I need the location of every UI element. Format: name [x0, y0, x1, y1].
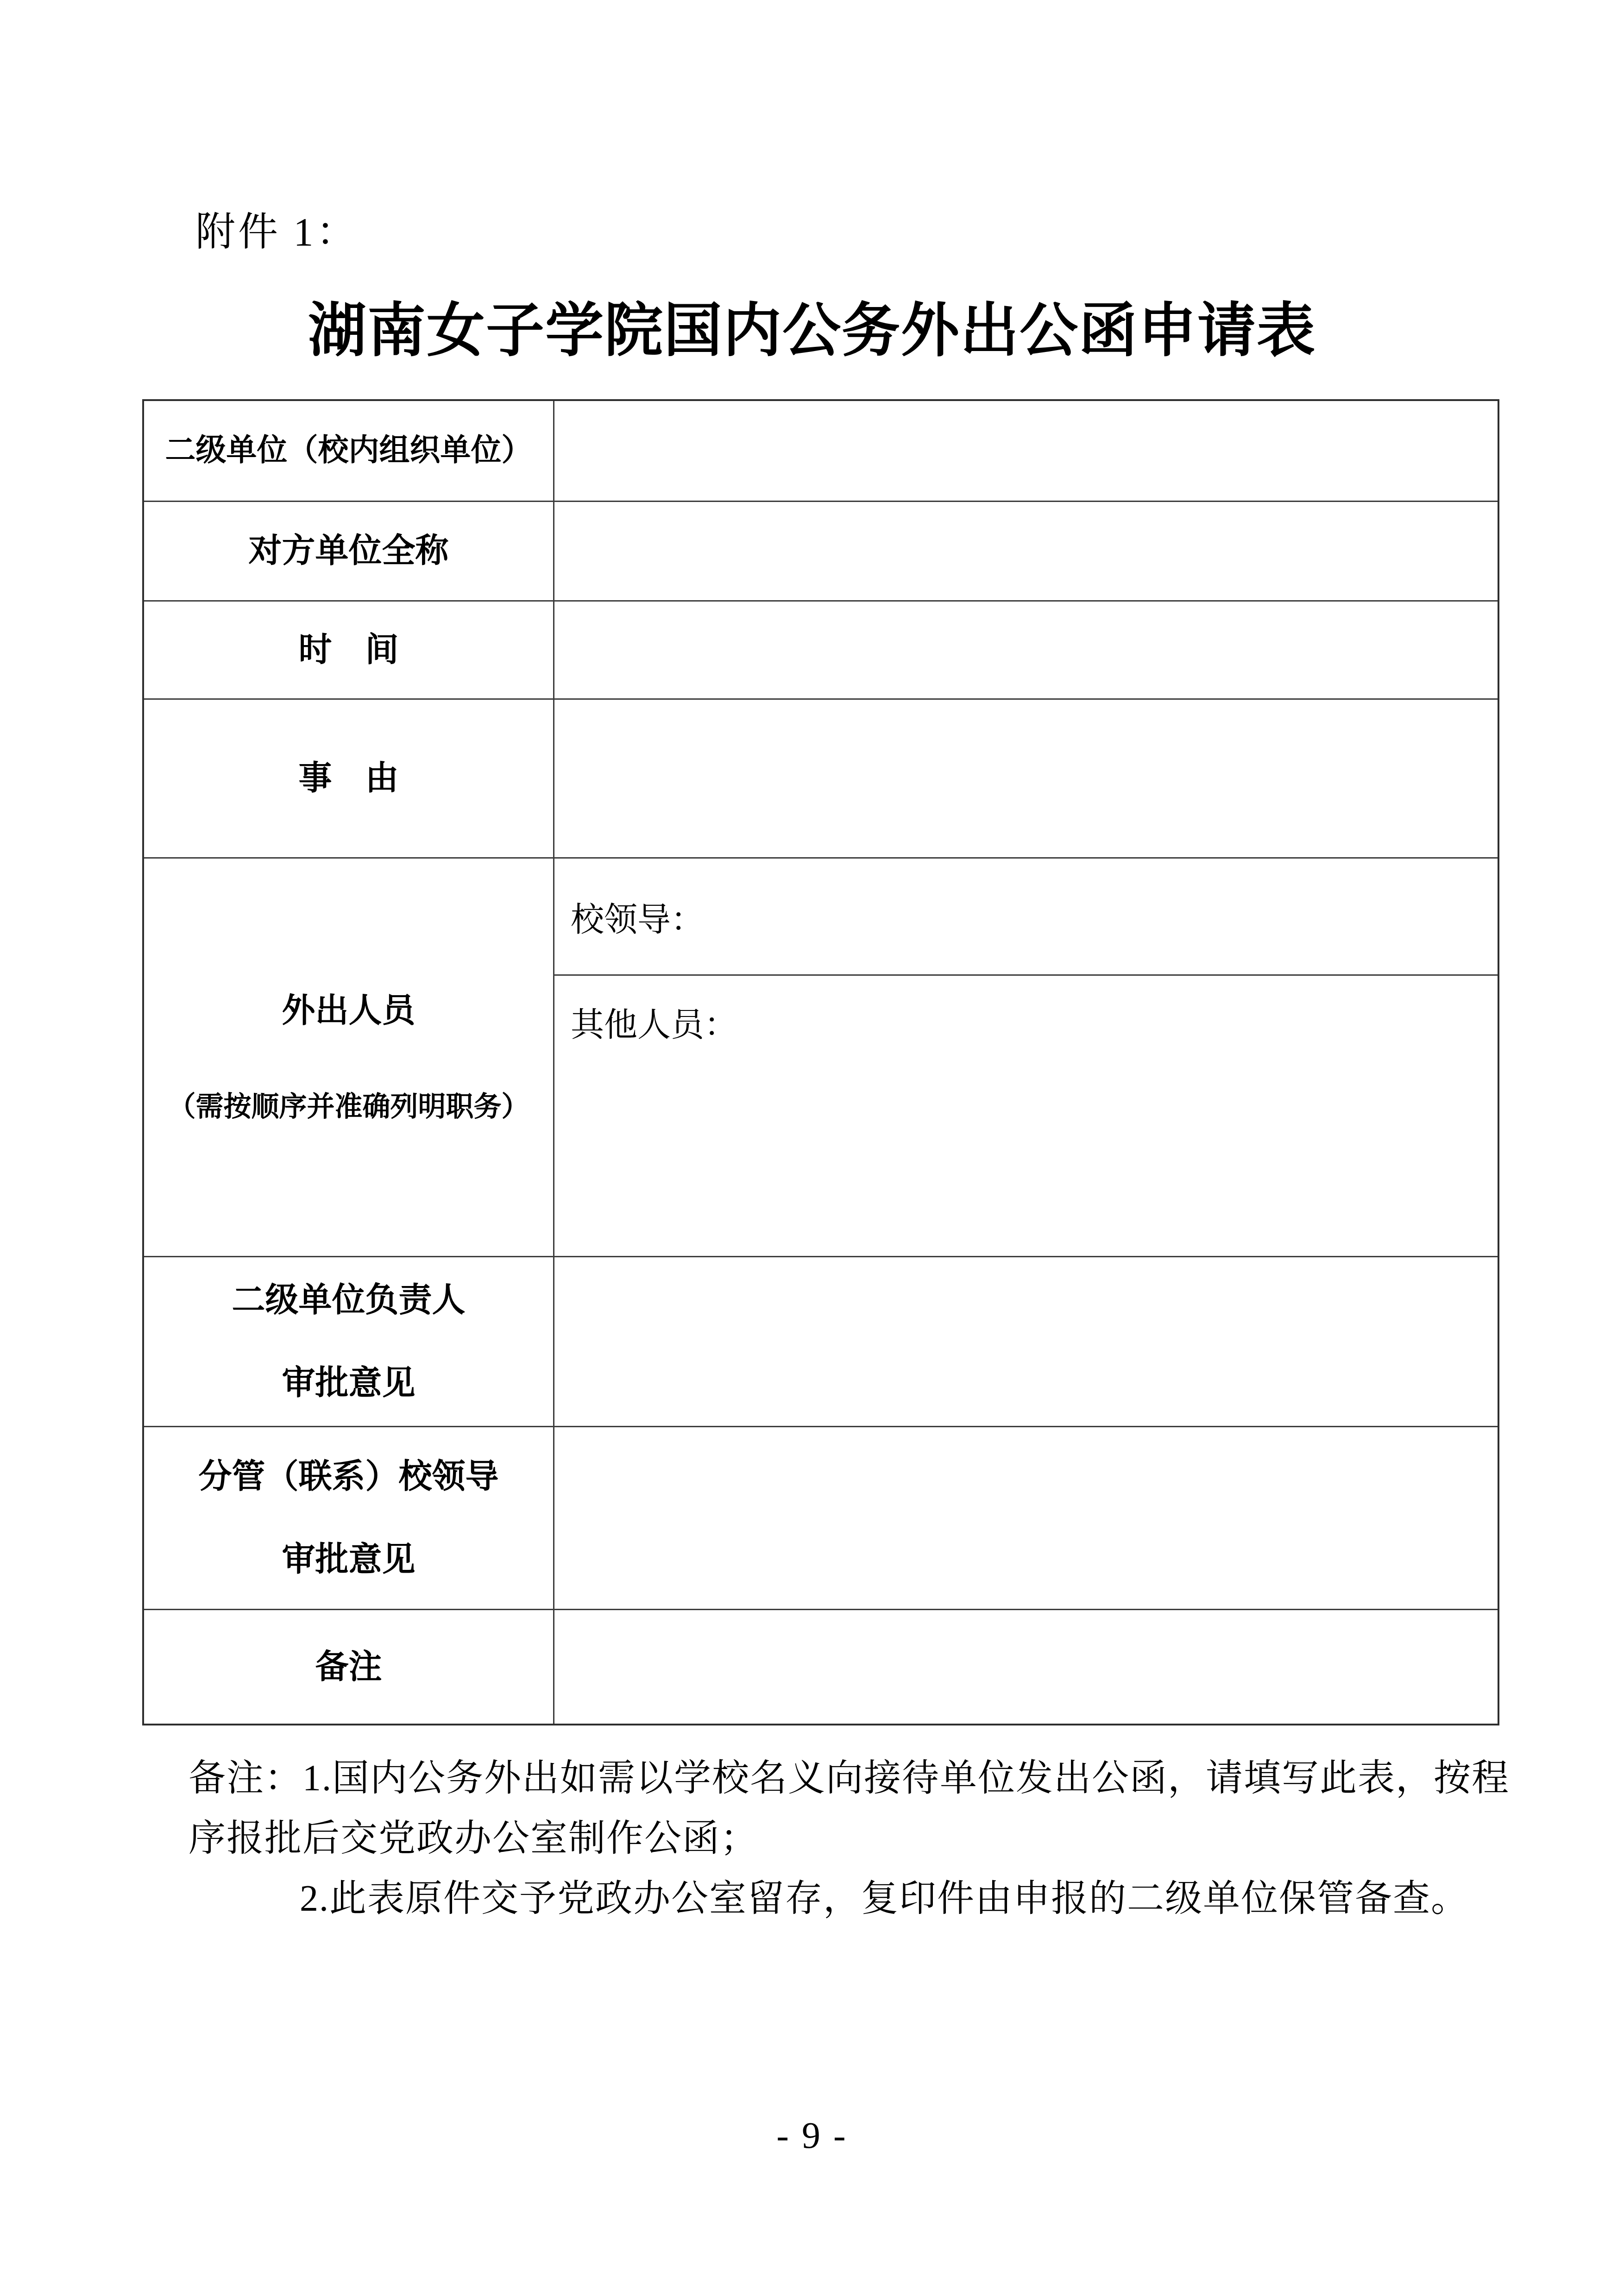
- row-value-remarks: [554, 1610, 1498, 1724]
- table-row-reason: 事 由: [144, 698, 1498, 857]
- row-label-counterpart-unit: 对方单位全称: [144, 502, 554, 600]
- row-value-secondary-unit: [554, 401, 1498, 501]
- row-label-text: 审批意见: [282, 1541, 415, 1578]
- other-personnel-cell: 其他人员：: [554, 976, 1498, 1256]
- row-label-school-leader-approval: 分管（联系）校领导 审批意见: [144, 1427, 554, 1609]
- table-row-unit-head-approval: 二级单位负责人 审批意见: [144, 1256, 1498, 1426]
- row-value-time: [554, 602, 1498, 698]
- row-label-remarks: 备注: [144, 1610, 554, 1724]
- page-number: - 9 -: [0, 2117, 1624, 2154]
- school-leaders-cell: 校领导：: [554, 859, 1498, 976]
- page-title: 湖南女子学院国内公务外出公函申请表: [0, 297, 1624, 364]
- attachment-label: 附件 1：: [195, 212, 359, 252]
- row-label-text: 时 间: [298, 632, 398, 668]
- row-value-school-leader-approval: [554, 1427, 1498, 1609]
- row-label-reason: 事 由: [144, 700, 554, 857]
- row-label-text: 审批意见: [282, 1365, 415, 1401]
- row-label-text: 外出人员: [282, 992, 415, 1029]
- row-label-text: 二级单位负责人: [232, 1282, 465, 1318]
- row-label-text: 事 由: [298, 760, 398, 797]
- table-row-counterpart-unit: 对方单位全称: [144, 501, 1498, 600]
- footnote-line-1: 备注：1.国内公务外出如需以学校名义向接待单位发出公函，请填写此表，按程: [189, 1760, 1510, 1797]
- row-label-text: 二级单位（校内组织单位）: [165, 434, 532, 468]
- table-row-secondary-unit: 二级单位（校内组织单位）: [144, 401, 1498, 501]
- row-value-unit-head-approval: [554, 1257, 1498, 1426]
- table-row-school-leader-approval: 分管（联系）校领导 审批意见: [144, 1426, 1498, 1609]
- row-label-note: （需按顺序并准确列明职务）: [168, 1092, 529, 1122]
- table-row-remarks: 备注: [144, 1609, 1498, 1724]
- application-form-table: 二级单位（校内组织单位） 对方单位全称 时 间 事 由 外出人员 （需按顺序并准…: [142, 399, 1499, 1725]
- row-label-text: 对方单位全称: [248, 533, 448, 569]
- outgoing-personnel-values: 校领导： 其他人员：: [554, 859, 1498, 1256]
- row-label-outgoing-personnel: 外出人员 （需按顺序并准确列明职务）: [144, 859, 554, 1256]
- other-personnel-label: 其他人员：: [571, 1006, 737, 1043]
- table-row-outgoing-personnel: 外出人员 （需按顺序并准确列明职务） 校领导： 其他人员：: [144, 857, 1498, 1256]
- school-leaders-label: 校领导：: [571, 892, 704, 941]
- row-label-time: 时 间: [144, 602, 554, 698]
- footnote-line-2: 序报批后交党政办公室制作公函；: [189, 1820, 758, 1857]
- footnote-line-3: 2.此表原件交予党政办公室留存，复印件由申报的二级单位保管备查。: [300, 1880, 1469, 1917]
- row-value-reason: [554, 700, 1498, 857]
- row-label-secondary-unit: 二级单位（校内组织单位）: [144, 401, 554, 501]
- row-label-text: 备注: [315, 1649, 382, 1685]
- row-label-unit-head-approval: 二级单位负责人 审批意见: [144, 1257, 554, 1426]
- row-value-counterpart-unit: [554, 502, 1498, 600]
- row-label-text: 分管（联系）校领导: [198, 1458, 498, 1495]
- table-row-time: 时 间: [144, 600, 1498, 698]
